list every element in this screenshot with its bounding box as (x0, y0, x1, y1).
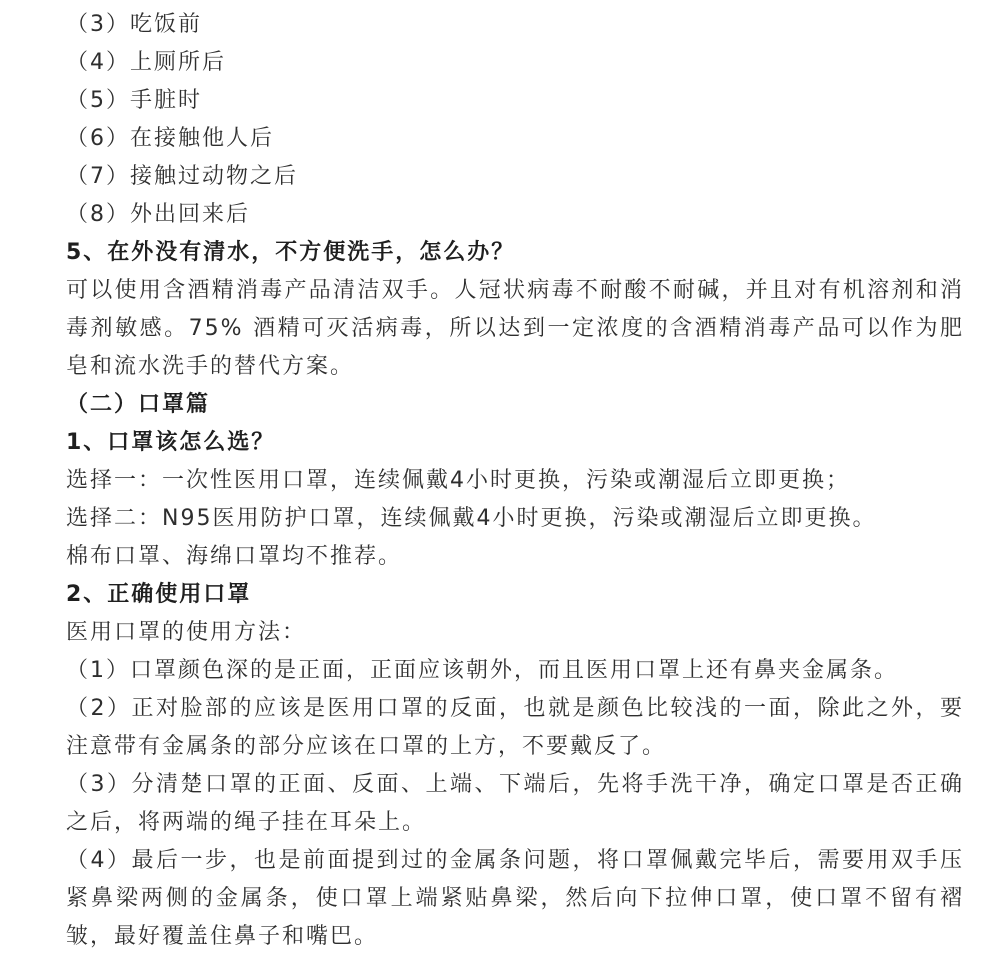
paragraph: （3）吃饭前 (66, 6, 964, 44)
paragraph: （6）在接触他人后 (66, 120, 964, 158)
paragraph: 可以使用含酒精消毒产品清洁双手。人冠状病毒不耐酸不耐碱，并且对有机溶剂和消毒剂敏… (66, 272, 964, 386)
paragraph: （4）上厕所后 (66, 44, 964, 82)
paragraph: 医用口罩的使用方法： (66, 614, 964, 652)
paragraph: 棉布口罩、海绵口罩均不推荐。 (66, 538, 964, 576)
document-content: （3）吃饭前（4）上厕所后（5）手脏时（6）在接触他人后（7）接触过动物之后（8… (0, 0, 1000, 968)
paragraph: （7）接触过动物之后 (66, 158, 964, 196)
paragraph: （2）正对脸部的应该是医用口罩的反面，也就是颜色比较浅的一面，除此之外，要注意带… (66, 690, 964, 766)
paragraph: （4）最后一步，也是前面提到过的金属条问题，将口罩佩戴完毕后，需要用双手压紧鼻梁… (66, 842, 964, 956)
paragraph: （8）外出回来后 (66, 196, 964, 234)
paragraph: 选择二：N95医用防护口罩，连续佩戴4小时更换，污染或潮湿后立即更换。 (66, 500, 964, 538)
paragraph: 选择一：一次性医用口罩，连续佩戴4小时更换，污染或潮湿后立即更换； (66, 462, 964, 500)
paragraph: （5）手脏时 (66, 82, 964, 120)
section-heading: 2、正确使用口罩 (66, 576, 964, 614)
section-heading: 1、口罩该怎么选？ (66, 424, 964, 462)
paragraph: （1）口罩颜色深的是正面，正面应该朝外，而且医用口罩上还有鼻夹金属条。 (66, 652, 964, 690)
paragraph: （3）分清楚口罩的正面、反面、上端、下端后，先将手洗干净，确定口罩是否正确之后，… (66, 766, 964, 842)
section-heading: 5、在外没有清水，不方便洗手，怎么办？ (66, 234, 964, 272)
section-heading: （二）口罩篇 (66, 386, 964, 424)
document-page: （3）吃饭前（4）上厕所后（5）手脏时（6）在接触他人后（7）接触过动物之后（8… (0, 0, 1000, 968)
